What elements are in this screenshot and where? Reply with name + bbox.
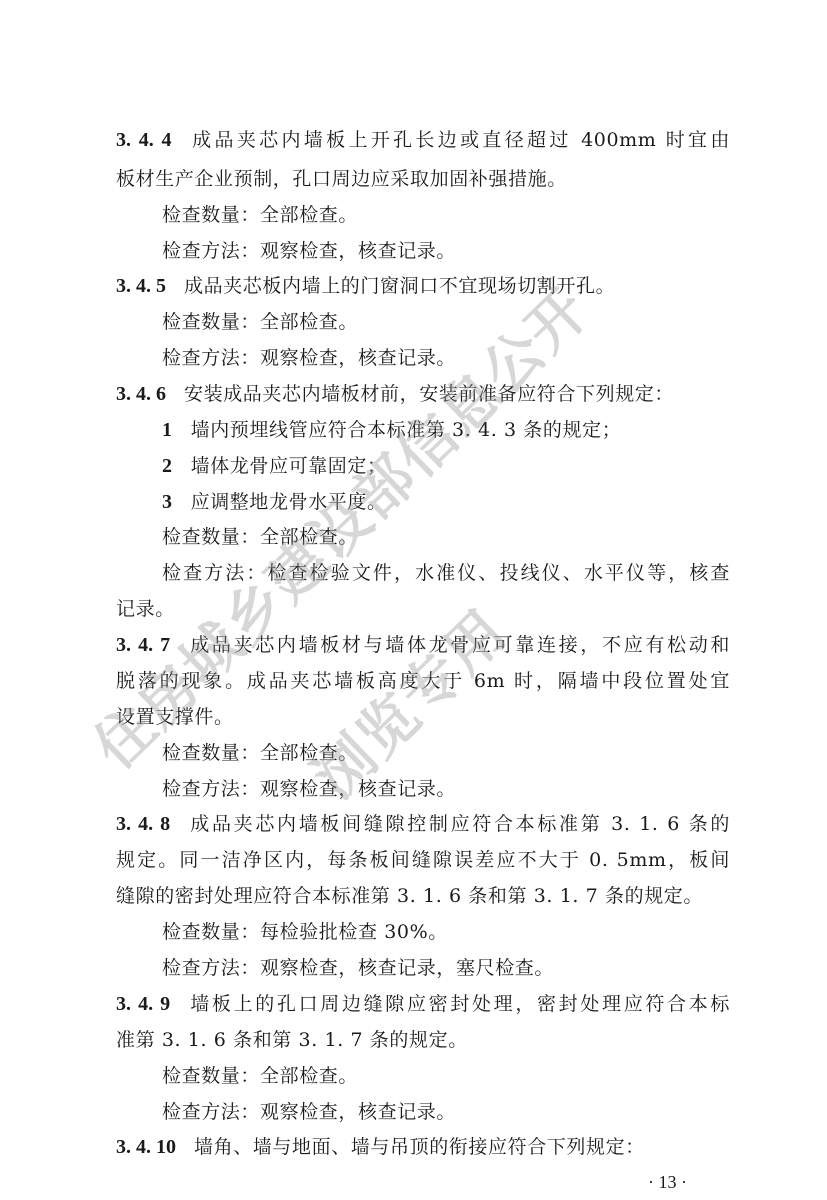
inspection-quantity: 检查数量：全部检查。 [162,741,730,765]
inspection-quantity: 检查数量：全部检查。 [162,310,730,334]
clause-number: 3. 4. 7 [116,634,170,656]
clause-number: 3. 4. 10 [116,1136,176,1158]
list-item-3: 3应调整地龙骨水平度。 [162,490,730,514]
inspection-quantity: 检查数量：全部检查。 [162,525,730,549]
clause-3-4-9-line-2: 准第 3. 1. 6 条和第 3. 1. 7 条的规定。 [116,1028,730,1052]
clause-number: 3. 4. 9 [116,993,170,1015]
document-page: 3. 4. 4成品夹芯内墙板上开孔长边或直径超过 400mm 时宜由 板材生产企… [0,0,827,1200]
inspection-method: 检查方法：观察检查，核查记录。 [162,239,730,263]
inspection-method: 检查方法：观察检查，核查记录。 [162,1100,730,1124]
list-item-1: 1墙内预埋线管应符合本标准第 3. 4. 3 条的规定； [162,418,730,442]
clause-3-4-8-line-3: 缝隙的密封处理应符合本标准第 3. 1. 6 条和第 3. 1. 7 条的规定。 [116,884,730,908]
inspection-quantity: 检查数量：全部检查。 [162,203,730,227]
inspection-method-cont: 记录。 [116,597,730,621]
clause-3-4-7-line-1: 3. 4. 7成品夹芯内墙板材与墙体龙骨应可靠连接，不应有松动和 [116,633,730,657]
inspection-method: 检查方法：观察检查，核查记录，塞尺检查。 [162,956,730,980]
clause-3-4-4-line-2: 板材生产企业预制，孔口周边应采取加固补强措施。 [116,167,730,191]
clause-number: 3. 4. 4 [116,129,171,151]
page-number: · 13 · [648,1172,687,1193]
clause-3-4-6: 3. 4. 6安装成品夹芯内墙板材前，安装前准备应符合下列规定： [116,382,730,406]
inspection-method: 检查方法：观察检查，核查记录。 [162,777,730,801]
clause-3-4-10: 3. 4. 10墙角、墙与地面、墙与吊顶的衔接应符合下列规定： [116,1135,730,1159]
clause-3-4-7-line-2: 脱落的现象。成品夹芯墙板高度大于 6m 时，隔墙中段位置处宜 [116,669,730,693]
clause-3-4-7-line-3: 设置支撑件。 [116,705,730,729]
clause-3-4-8-line-2: 规定。同一洁净区内，每条板间缝隙误差应不大于 0. 5mm，板间 [116,848,730,872]
clause-number: 3. 4. 5 [116,275,166,297]
inspection-quantity: 检查数量：全部检查。 [162,1064,730,1088]
clause-3-4-9-line-1: 3. 4. 9墙板上的孔口周边缝隙应密封处理，密封处理应符合本标 [116,992,730,1016]
clause-3-4-8-line-1: 3. 4. 8成品夹芯内墙板间缝隙控制应符合本标准第 3. 1. 6 条的 [116,812,730,836]
list-item-2: 2墙体龙骨应可靠固定； [162,454,730,478]
clause-number: 3. 4. 6 [116,383,166,405]
inspection-quantity: 检查数量：每检验批检查 30%。 [162,920,730,944]
clause-number: 3. 4. 8 [116,813,170,835]
inspection-method: 检查方法：观察检查，核查记录。 [162,346,730,370]
inspection-method: 检查方法：检查检验文件，水准仪、投线仪、水平仪等，核查 [162,561,730,585]
clause-3-4-4-line-1: 3. 4. 4成品夹芯内墙板上开孔长边或直径超过 400mm 时宜由 [116,128,730,152]
clause-3-4-5: 3. 4. 5成品夹芯板内墙上的门窗洞口不宜现场切割开孔。 [116,274,730,298]
